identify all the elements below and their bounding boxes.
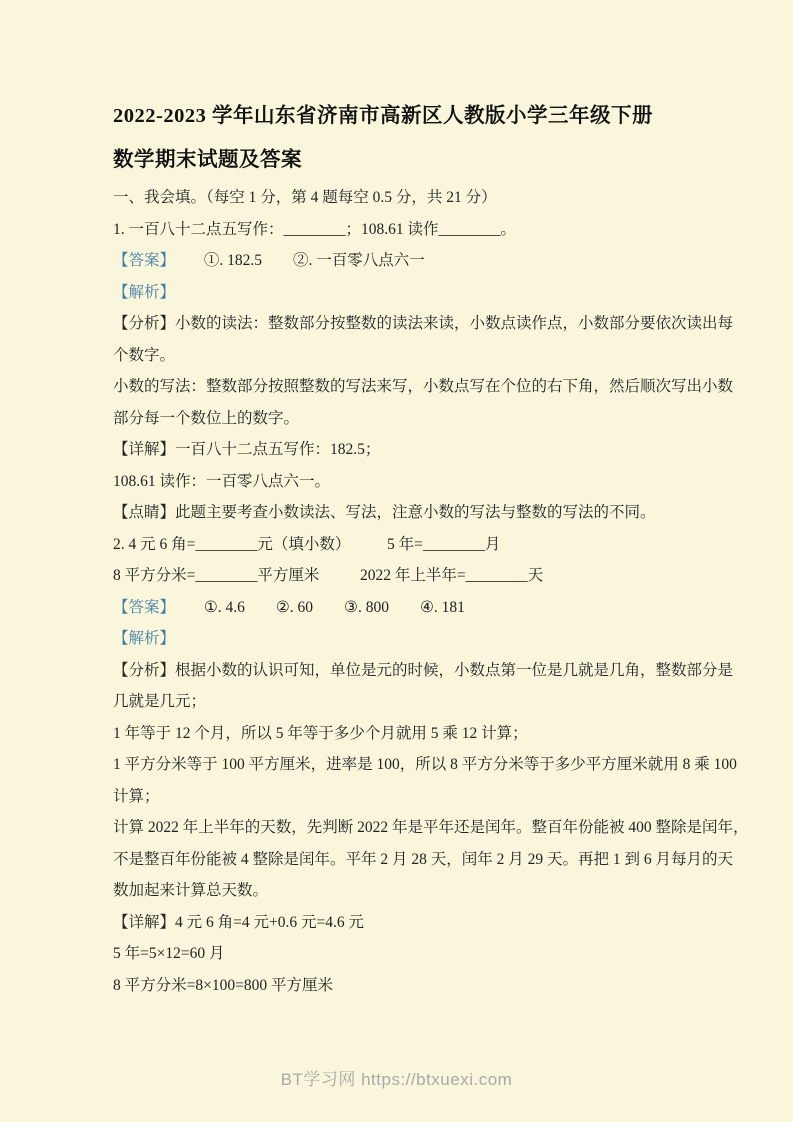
- question-1-explain-line: 【点睛】此题主要考查小数读法、写法，注意小数的写法与整数的写法的不同。: [113, 497, 713, 529]
- document-content: 2022-2023 学年山东省济南市高新区人教版小学三年级下册 数学期末试题及答…: [113, 94, 713, 1001]
- analysis-label: 【解析】: [113, 630, 175, 647]
- question-2-explain-line: 【详解】4 元 6 角=4 元+0.6 元=4.6 元: [113, 907, 713, 939]
- question-2-explain-line: 8 平方分米=8×100=800 平方厘米: [113, 970, 713, 1002]
- question-1-explain-line: 个数字。: [113, 340, 713, 372]
- question-2-row-2: 8 平方分米=________平方厘米 2022 年上半年=________天: [113, 560, 713, 592]
- question-2-explain-line: 计算 2022 年上半年的天数，先判断 2022 年是平年还是闰年。整百年份能被…: [113, 812, 713, 844]
- question-2-answer-value: ①. 4.6 ②. 60 ③. 800 ④. 181: [204, 599, 465, 616]
- question-2-explain-line: 1 年等于 12 个月，所以 5 年等于多少个月就用 5 乘 12 计算；: [113, 718, 713, 750]
- question-2-explain-line: 1 平方分米等于 100 平方厘米，进率是 100，所以 8 平方分米等于多少平…: [113, 749, 713, 781]
- question-2-explain-line: 5 年=5×12=60 月: [113, 938, 713, 970]
- question-2-explain-line: 不是整百年份能被 4 整除是闰年。平年 2 月 28 天，闰年 2 月 29 天…: [113, 844, 713, 876]
- question-2-answer-row: 【答案】 ①. 4.6 ②. 60 ③. 800 ④. 181: [113, 592, 713, 624]
- document-title-line-1: 2022-2023 学年山东省济南市高新区人教版小学三年级下册: [113, 94, 713, 138]
- exam-document-page: 2022-2023 学年山东省济南市高新区人教版小学三年级下册 数学期末试题及答…: [0, 0, 793, 1122]
- answer-label: 【答案】: [113, 252, 175, 269]
- question-2-explain-line: 【分析】根据小数的认识可知，单位是元的时候，小数点第一位是几就是几角，整数部分是: [113, 655, 713, 687]
- question-2-explain-line: 数加起来计算总天数。: [113, 875, 713, 907]
- question-2-part-1: 2. 4 元 6 角=________元（填小数）: [113, 536, 350, 553]
- question-1-explain-line: 【详解】一百八十二点五写作：182.5；: [113, 434, 713, 466]
- question-1-explain-line: 小数的写法：整数部分按照整数的写法来写，小数点写在个位的右下角，然后顺次写出小数: [113, 371, 713, 403]
- question-2-part-2: 5 年=________月: [387, 529, 500, 561]
- answer-label: 【答案】: [113, 599, 175, 616]
- question-2-analysis-row: 【解析】: [113, 623, 713, 655]
- question-1-answer-value: ①. 182.5 ②. 一百零八点六一: [204, 252, 425, 269]
- question-2-explain-line: 几就是几元；: [113, 686, 713, 718]
- question-2-explain-line: 计算；: [113, 781, 713, 813]
- site-watermark: BT学习网 https://btxuexi.com: [0, 1066, 793, 1094]
- question-1-analysis-row: 【解析】: [113, 277, 713, 309]
- question-1: 1. 一百八十二点五写作：________；108.61 读作________。: [113, 214, 713, 246]
- question-2-part-3: 8 平方分米=________平方厘米: [113, 567, 319, 584]
- question-2-row-1: 2. 4 元 6 角=________元（填小数） 5 年=________月: [113, 529, 713, 561]
- analysis-label: 【解析】: [113, 284, 175, 301]
- question-1-explain-line: 108.61 读作：一百零八点六一。: [113, 466, 713, 498]
- question-1-explain-line: 部分每一个数位上的数字。: [113, 403, 713, 435]
- document-title-line-2: 数学期末试题及答案: [113, 138, 713, 182]
- question-2-part-4: 2022 年上半年=________天: [360, 560, 543, 592]
- question-1-explain-line: 【分析】小数的读法：整数部分按整数的读法来读，小数点读作点，小数部分要依次读出每: [113, 308, 713, 340]
- section-heading: 一、我会填。（每空 1 分，第 4 题每空 0.5 分，共 21 分）: [113, 182, 713, 214]
- question-1-answer-row: 【答案】 ①. 182.5 ②. 一百零八点六一: [113, 245, 713, 277]
